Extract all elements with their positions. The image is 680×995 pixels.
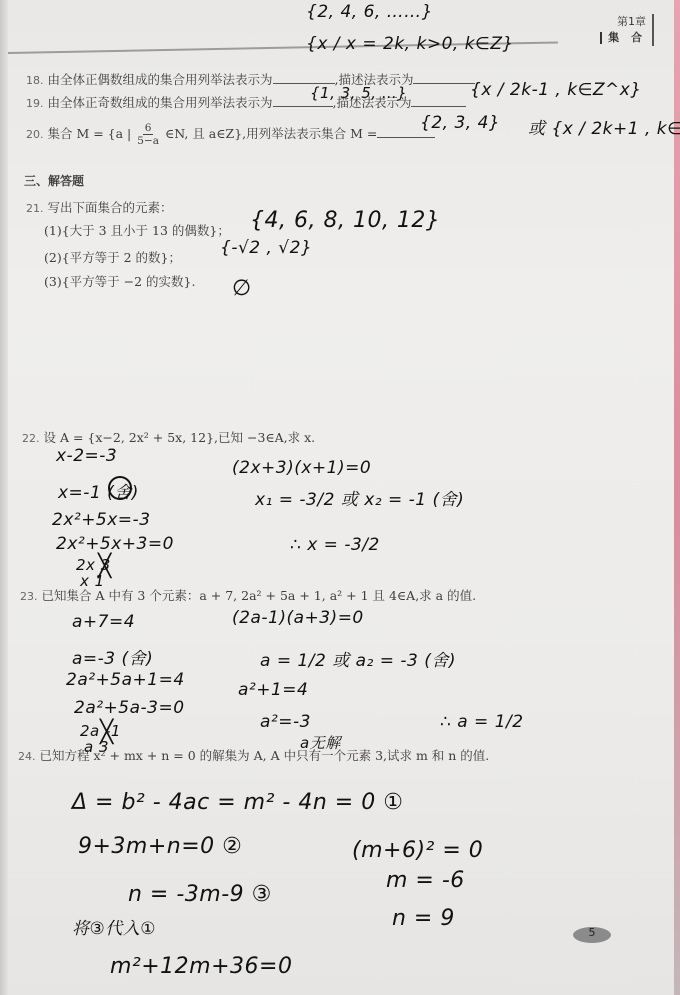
q21-prompt: 写出下面集合的元素： <box>47 200 172 215</box>
q21-answer-1: {4, 6, 8, 10, 12} <box>250 208 440 233</box>
q18-handwritten-description: {x / x = 2k, k>0, k∈Z} <box>306 34 514 54</box>
q23-work-left-1: a+7=4 <box>72 612 135 632</box>
cross-multiply-icon: ╳ <box>98 554 112 579</box>
chapter-tag: 第1章 集 合 <box>600 14 654 46</box>
question-21: 21. 写出下面集合的元素： <box>26 198 173 216</box>
scribble-mark <box>108 476 132 500</box>
book-binding <box>0 0 8 995</box>
q20-handwritten-answer: {2, 3, 4} <box>420 113 500 133</box>
q23-prompt: 已知集合 A 中有 3 个元素：a + 7, 2a² + 5a + 1, a² … <box>41 588 476 603</box>
q19-blank-description[interactable] <box>411 94 466 107</box>
q21-item-3: (3){平方等于 −2 的实数}. <box>44 272 195 290</box>
q18-blank-list[interactable] <box>273 71 335 84</box>
q20-text-a: 集合 M = {a | <box>47 126 131 141</box>
q24-work-right-1: (m+6)² = 0 <box>352 838 483 863</box>
q22-work-right-3: ∴ x = -3/2 <box>290 535 380 555</box>
q24-work-left-3: n = -3m-9 ③ <box>128 882 272 907</box>
q20-fraction-denominator: 5−a <box>137 135 159 147</box>
question-24: 24. 已知方程 x² + mx + n = 0 的解集为 A, A 中只有一个… <box>18 746 489 764</box>
q19-number: 19. <box>26 97 44 110</box>
q18-blank-description[interactable] <box>413 71 475 84</box>
q23-work-mid-3: a²+1=4 <box>238 680 308 700</box>
q21-item-1: (1){大于 3 且小于 13 的偶数}； <box>44 221 230 239</box>
q23-work-left-3: 2a²+5a+1=4 <box>66 670 185 690</box>
q24-number: 24. <box>18 750 36 763</box>
q22-prompt: 设 A = {x−2, 2x² + 5x, 12},已知 −3∈A,求 x. <box>43 430 315 445</box>
q23-work-mid-4: a²=-3 <box>260 712 311 732</box>
q22-work-right-1: (2x+3)(x+1)=0 <box>232 458 371 478</box>
chapter-title: 集 合 <box>608 31 646 44</box>
q18-handwritten-list: {2, 4, 6, ……} <box>306 2 433 22</box>
q19-text-a: 由全体正奇数组成的集合用列举法表示为 <box>47 95 272 110</box>
page-edge <box>674 0 680 995</box>
q23-work-mid-2: a = 1/2 或 a₂ = -3 (舍) <box>260 646 456 671</box>
cross-multiply-icon-2: ╳ <box>100 720 114 745</box>
q24-work-right-3: n = 9 <box>392 906 455 931</box>
q20-text-b: ∈N, 且 a∈Z},用列举法表示集合 M = <box>165 126 377 141</box>
q23-work-mid-1: (2a-1)(a+3)=0 <box>232 608 364 628</box>
q22-work-left-1: x-2=-3 <box>56 446 117 466</box>
q22-number: 22. <box>22 432 40 445</box>
q18-text-a: 由全体正偶数组成的集合用列举法表示为 <box>47 72 272 87</box>
q22-work-left-3: 2x²+5x=-3 <box>52 510 151 530</box>
question-18: 18. 由全体正偶数组成的集合用列举法表示为,描述法表示为. <box>26 70 479 88</box>
q20-fraction-numerator: 6 <box>143 122 154 135</box>
q24-work-left-4: 将③代入① <box>72 914 156 939</box>
page-number: 5 <box>573 927 611 943</box>
chapter-bar-icon <box>600 32 602 44</box>
q23-number: 23. <box>20 590 38 603</box>
q21-item-2: (2){平方等于 2 的数}； <box>44 248 181 266</box>
question-23: 23. 已知集合 A 中有 3 个元素：a + 7, 2a² + 5a + 1,… <box>20 586 476 604</box>
q20-number: 20. <box>26 128 44 141</box>
question-20: 20. 集合 M = {a | 65−a ∈N, 且 a∈Z},用列举法表示集合… <box>26 122 435 147</box>
q19-handwritten-description: {x / 2k-1 , k∈Z^x} <box>470 80 642 100</box>
q24-work-left-1: Δ = b² - 4ac = m² - 4n = 0 ① <box>72 790 403 815</box>
q21-answer-2: {-√2 , √2} <box>220 238 312 258</box>
q19-handwritten-list: {1, 3, 5, …} <box>310 84 407 102</box>
chapter-number: 第1章 <box>600 14 646 30</box>
q20-handwritten-alternative: 或 {x / 2k+1 , k∈N} <box>528 114 680 139</box>
q23-work-left-2: a=-3 (舍) <box>72 644 153 669</box>
question-22: 22. 设 A = {x−2, 2x² + 5x, 12},已知 −3∈A,求 … <box>22 428 315 446</box>
q21-answer-3: ∅ <box>232 276 252 301</box>
q24-work-right-2: m = -6 <box>386 868 465 893</box>
q24-work-left-5: m²+12m+36=0 <box>110 954 292 979</box>
section-title-answer-questions: 三、解答题 <box>24 172 84 189</box>
q22-work-left-4: 2x²+5x+3=0 <box>56 534 174 554</box>
q22-work-right-2: x₁ = -3/2 或 x₂ = -1 (舍) <box>255 485 464 510</box>
q23-work-left-4: 2a²+5a-3=0 <box>74 698 185 718</box>
q18-number: 18. <box>26 74 44 87</box>
q21-number: 21. <box>26 202 44 215</box>
worksheet-page: 第1章 集 合 {2, 4, 6, ……} {x / x = 2k, k>0, … <box>0 0 680 995</box>
q24-work-left-2: 9+3m+n=0 ② <box>78 834 242 859</box>
q24-prompt: 已知方程 x² + mx + n = 0 的解集为 A, A 中只有一个元素 3… <box>39 748 489 763</box>
q20-fraction: 65−a <box>137 122 159 147</box>
q23-work-right-1: ∴ a = 1/2 <box>440 712 524 732</box>
